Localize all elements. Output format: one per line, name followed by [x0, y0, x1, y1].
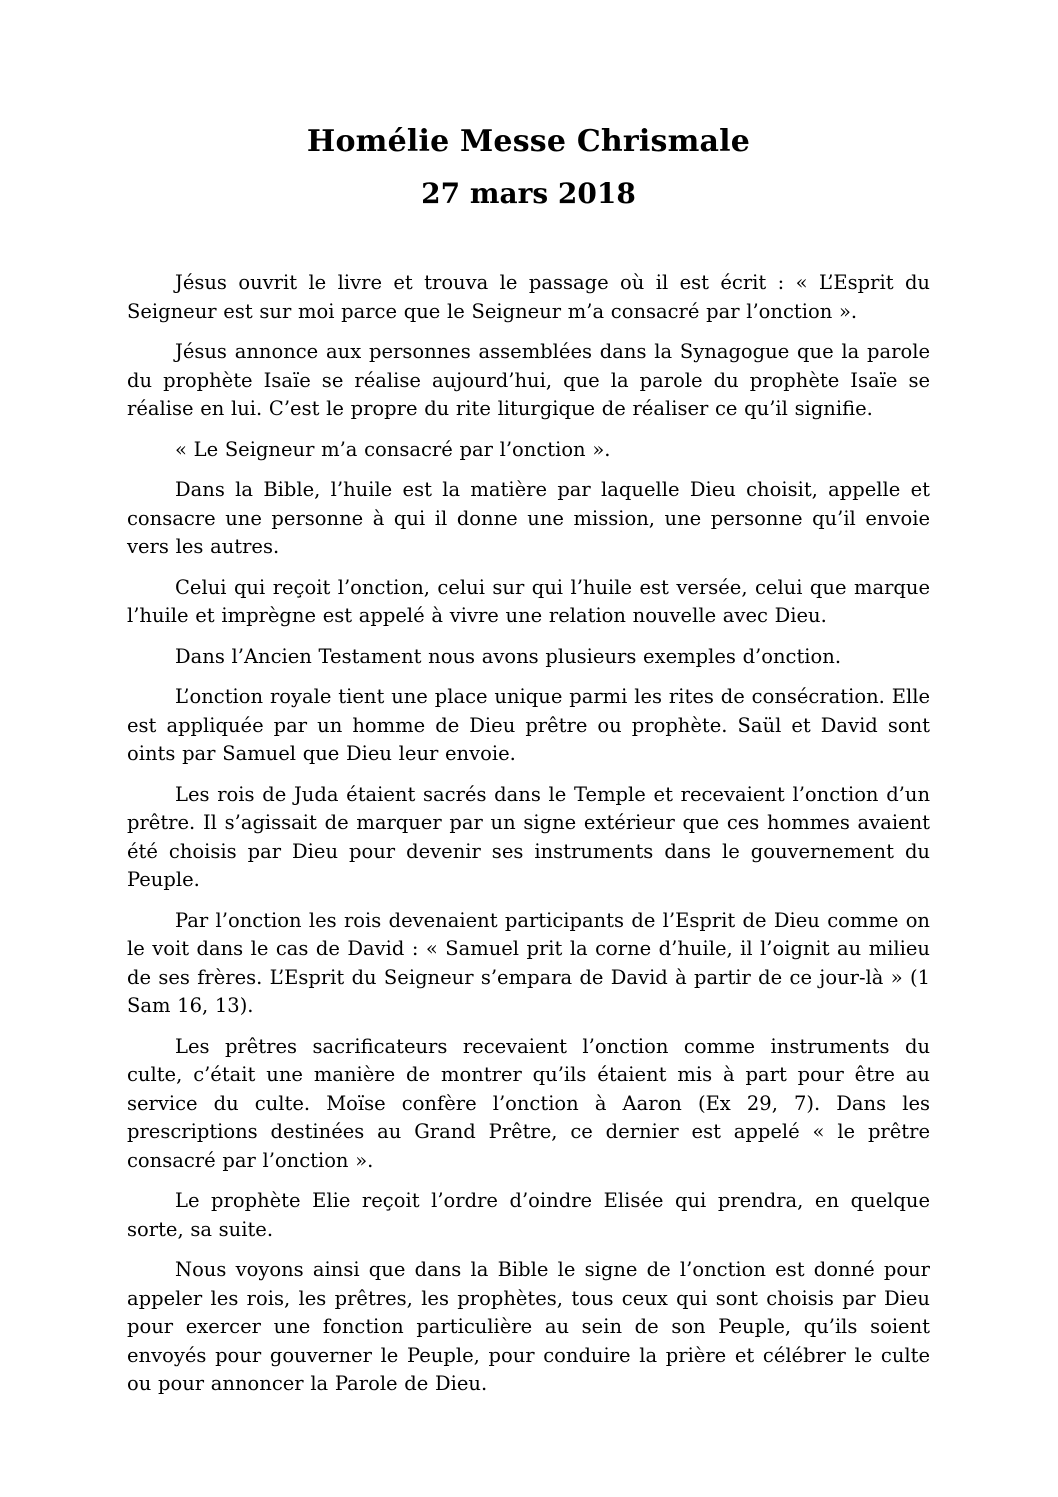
- paragraph: L’onction royale tient une place unique …: [127, 683, 930, 769]
- document-date-subtitle: 27 mars 2018: [127, 180, 930, 208]
- paragraph: Les rois de Juda étaient sacrés dans le …: [127, 781, 930, 895]
- paragraph: Jésus ouvrit le livre et trouva le passa…: [127, 269, 930, 326]
- paragraph: Celui qui reçoit l’onction, celui sur qu…: [127, 574, 930, 631]
- paragraph: Dans l’Ancien Testament nous avons plusi…: [127, 643, 930, 672]
- document-page: Homélie Messe Chrismale 27 mars 2018 Jés…: [0, 0, 1058, 1497]
- paragraph: Dans la Bible, l’huile est la matière pa…: [127, 476, 930, 562]
- paragraph: Par l’onction les rois devenaient partic…: [127, 907, 930, 1021]
- paragraph: Le prophète Elie reçoit l’ordre d’oindre…: [127, 1187, 930, 1244]
- paragraph: Les prêtres sacrificateurs recevaient l’…: [127, 1033, 930, 1176]
- paragraph: Jésus annonce aux personnes assemblées d…: [127, 338, 930, 424]
- paragraph: « Le Seigneur m’a consacré par l’onction…: [127, 436, 930, 465]
- paragraph: Nous voyons ainsi que dans la Bible le s…: [127, 1256, 930, 1399]
- document-body: Jésus ouvrit le livre et trouva le passa…: [127, 269, 930, 1399]
- document-title: Homélie Messe Chrismale: [127, 127, 930, 157]
